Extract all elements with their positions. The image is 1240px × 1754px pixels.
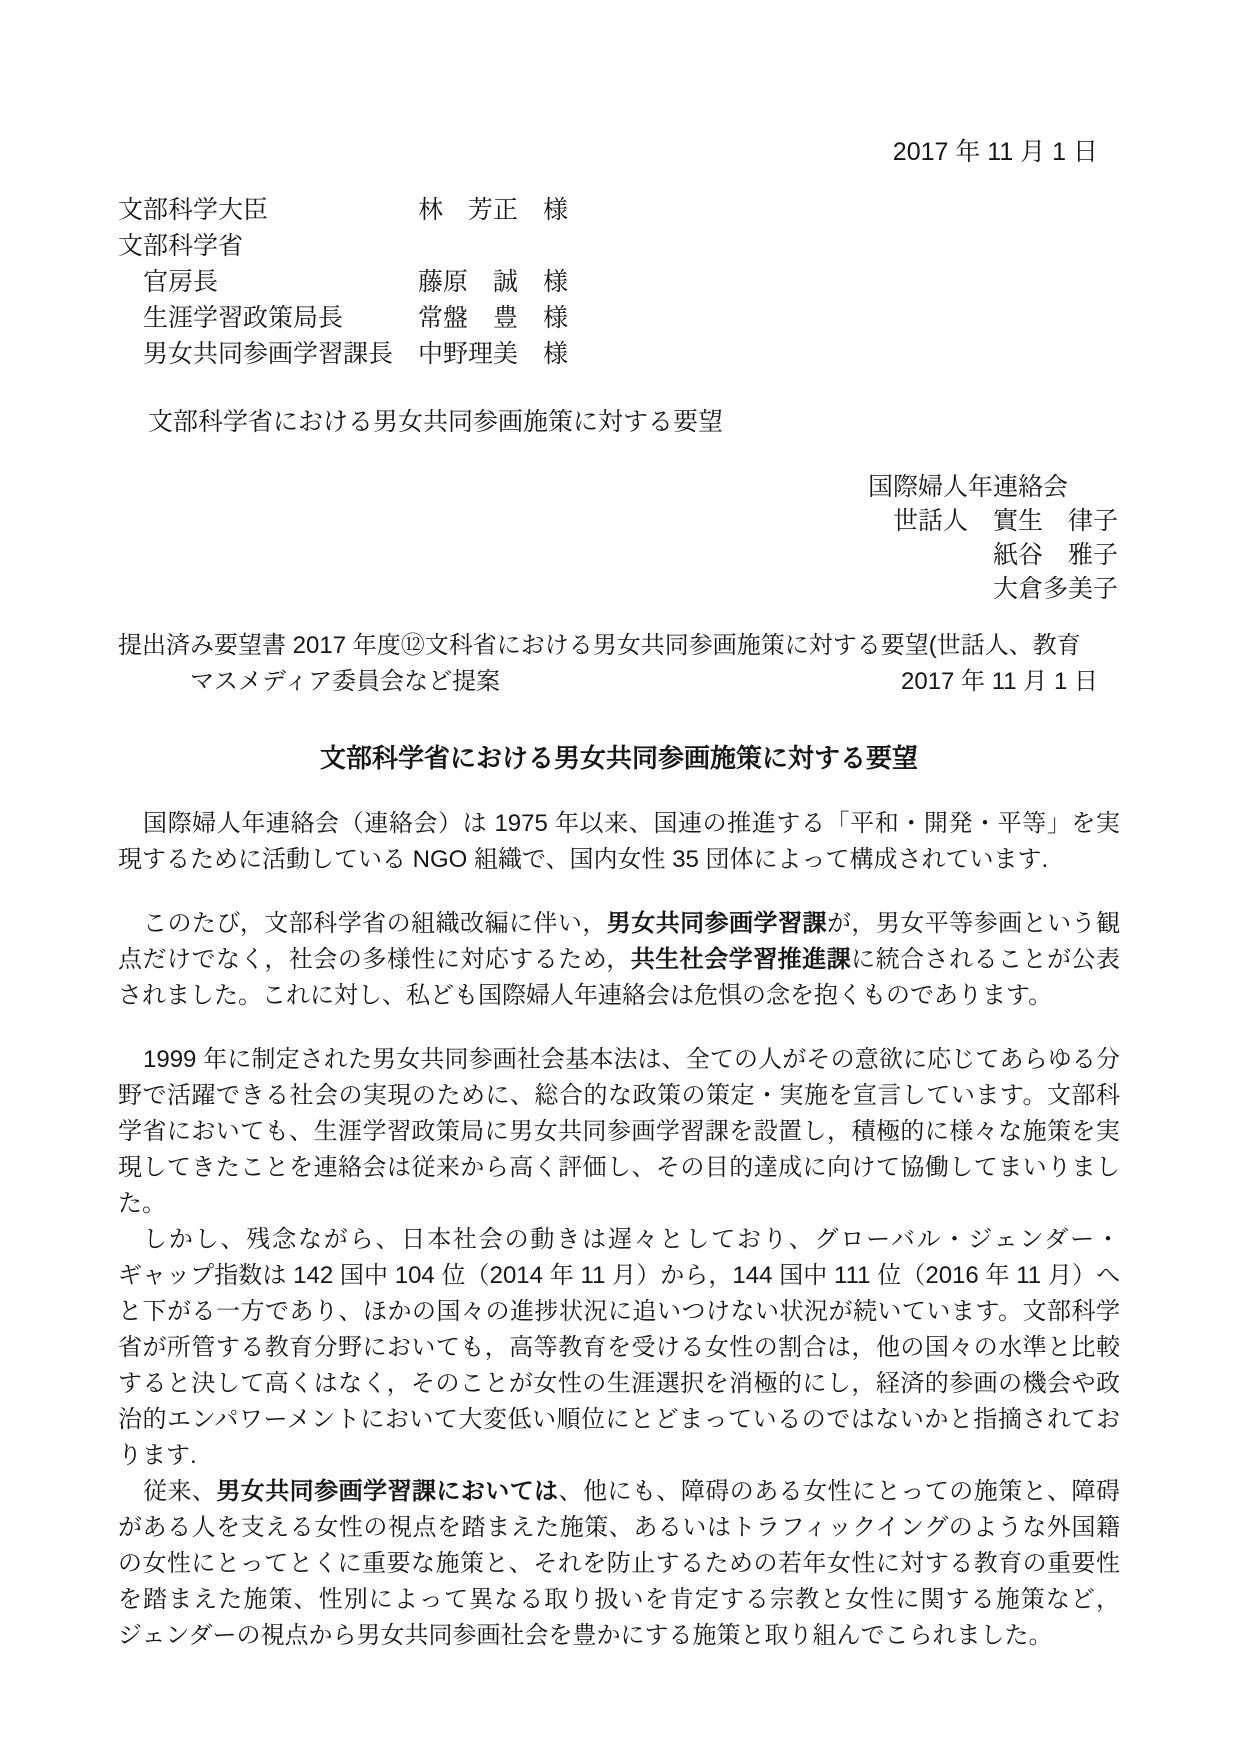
- body-paragraph-3: 1999 年に制定された男女共同参画社会基本法は、全ての人がその意欲に応じてあら…: [118, 1042, 1120, 1222]
- recipient-line: 文部科学省: [118, 228, 1120, 264]
- body-paragraph-4: しかし、残念ながら、日本社会の動きは遅々としており、グローバル・ジェンダー・ギャ…: [118, 1222, 1120, 1474]
- recipient-block: 文部科学大臣 林 芳正 様 文部科学省 官房長 藤原 誠 様 生涯学習政策局長 …: [118, 192, 1120, 372]
- letter-page: 2017 年 11 月 1 日 文部科学大臣 林 芳正 様 文部科学省 官房長 …: [0, 0, 1240, 1754]
- recipient-line: 官房長 藤原 誠 様: [118, 264, 1120, 300]
- recipient-line: 文部科学大臣 林 芳正 様: [118, 192, 1120, 228]
- submitted-note-line2: マスメディア委員会など提案 2017 年 11 月 1 日: [118, 664, 1120, 700]
- submitted-note-line1: 提出済み要望書 2017 年度⑫文科省における男女共同参画施策に対する要望(世話…: [118, 628, 1120, 664]
- letter-date: 2017 年 11 月 1 日: [118, 134, 1120, 170]
- subject-line: 文部科学省における男女共同参画施策に対する要望: [118, 404, 1120, 440]
- sender-name-line: 世話人 實生 律子: [868, 504, 1120, 538]
- sender-organization: 国際婦人年連絡会: [868, 470, 1120, 504]
- sender-name-line: 大倉多美子: [868, 572, 1120, 606]
- document-title: 文部科学省における男女共同参画施策に対する要望: [118, 740, 1120, 776]
- sender-name-line: 紙谷 雅子: [868, 538, 1120, 572]
- body-paragraph-5: 従来、男女共同参画学習課においては、他にも、障碍のある女性にとっての施策と、障碍…: [118, 1474, 1120, 1654]
- sender-block: 国際婦人年連絡会 世話人 實生 律子 紙谷 雅子 大倉多美子: [868, 470, 1120, 606]
- body-paragraph-1: 国際婦人年連絡会（連絡会）は 1975 年以来、国連の推進する「平和・開発・平等…: [118, 806, 1120, 878]
- recipient-line: 男女共同参画学習課長 中野理美 様: [118, 336, 1120, 372]
- submitted-note-committee: マスメディア委員会など提案: [190, 664, 500, 700]
- body-paragraph-2: このたび，文部科学省の組織改編に伴い，男女共同参画学習課が，男女平等参画という観…: [118, 906, 1120, 1014]
- recipient-line: 生涯学習政策局長 常盤 豊 様: [118, 300, 1120, 336]
- submitted-note: 提出済み要望書 2017 年度⑫文科省における男女共同参画施策に対する要望(世話…: [118, 628, 1120, 700]
- submitted-note-date: 2017 年 11 月 1 日: [901, 664, 1098, 700]
